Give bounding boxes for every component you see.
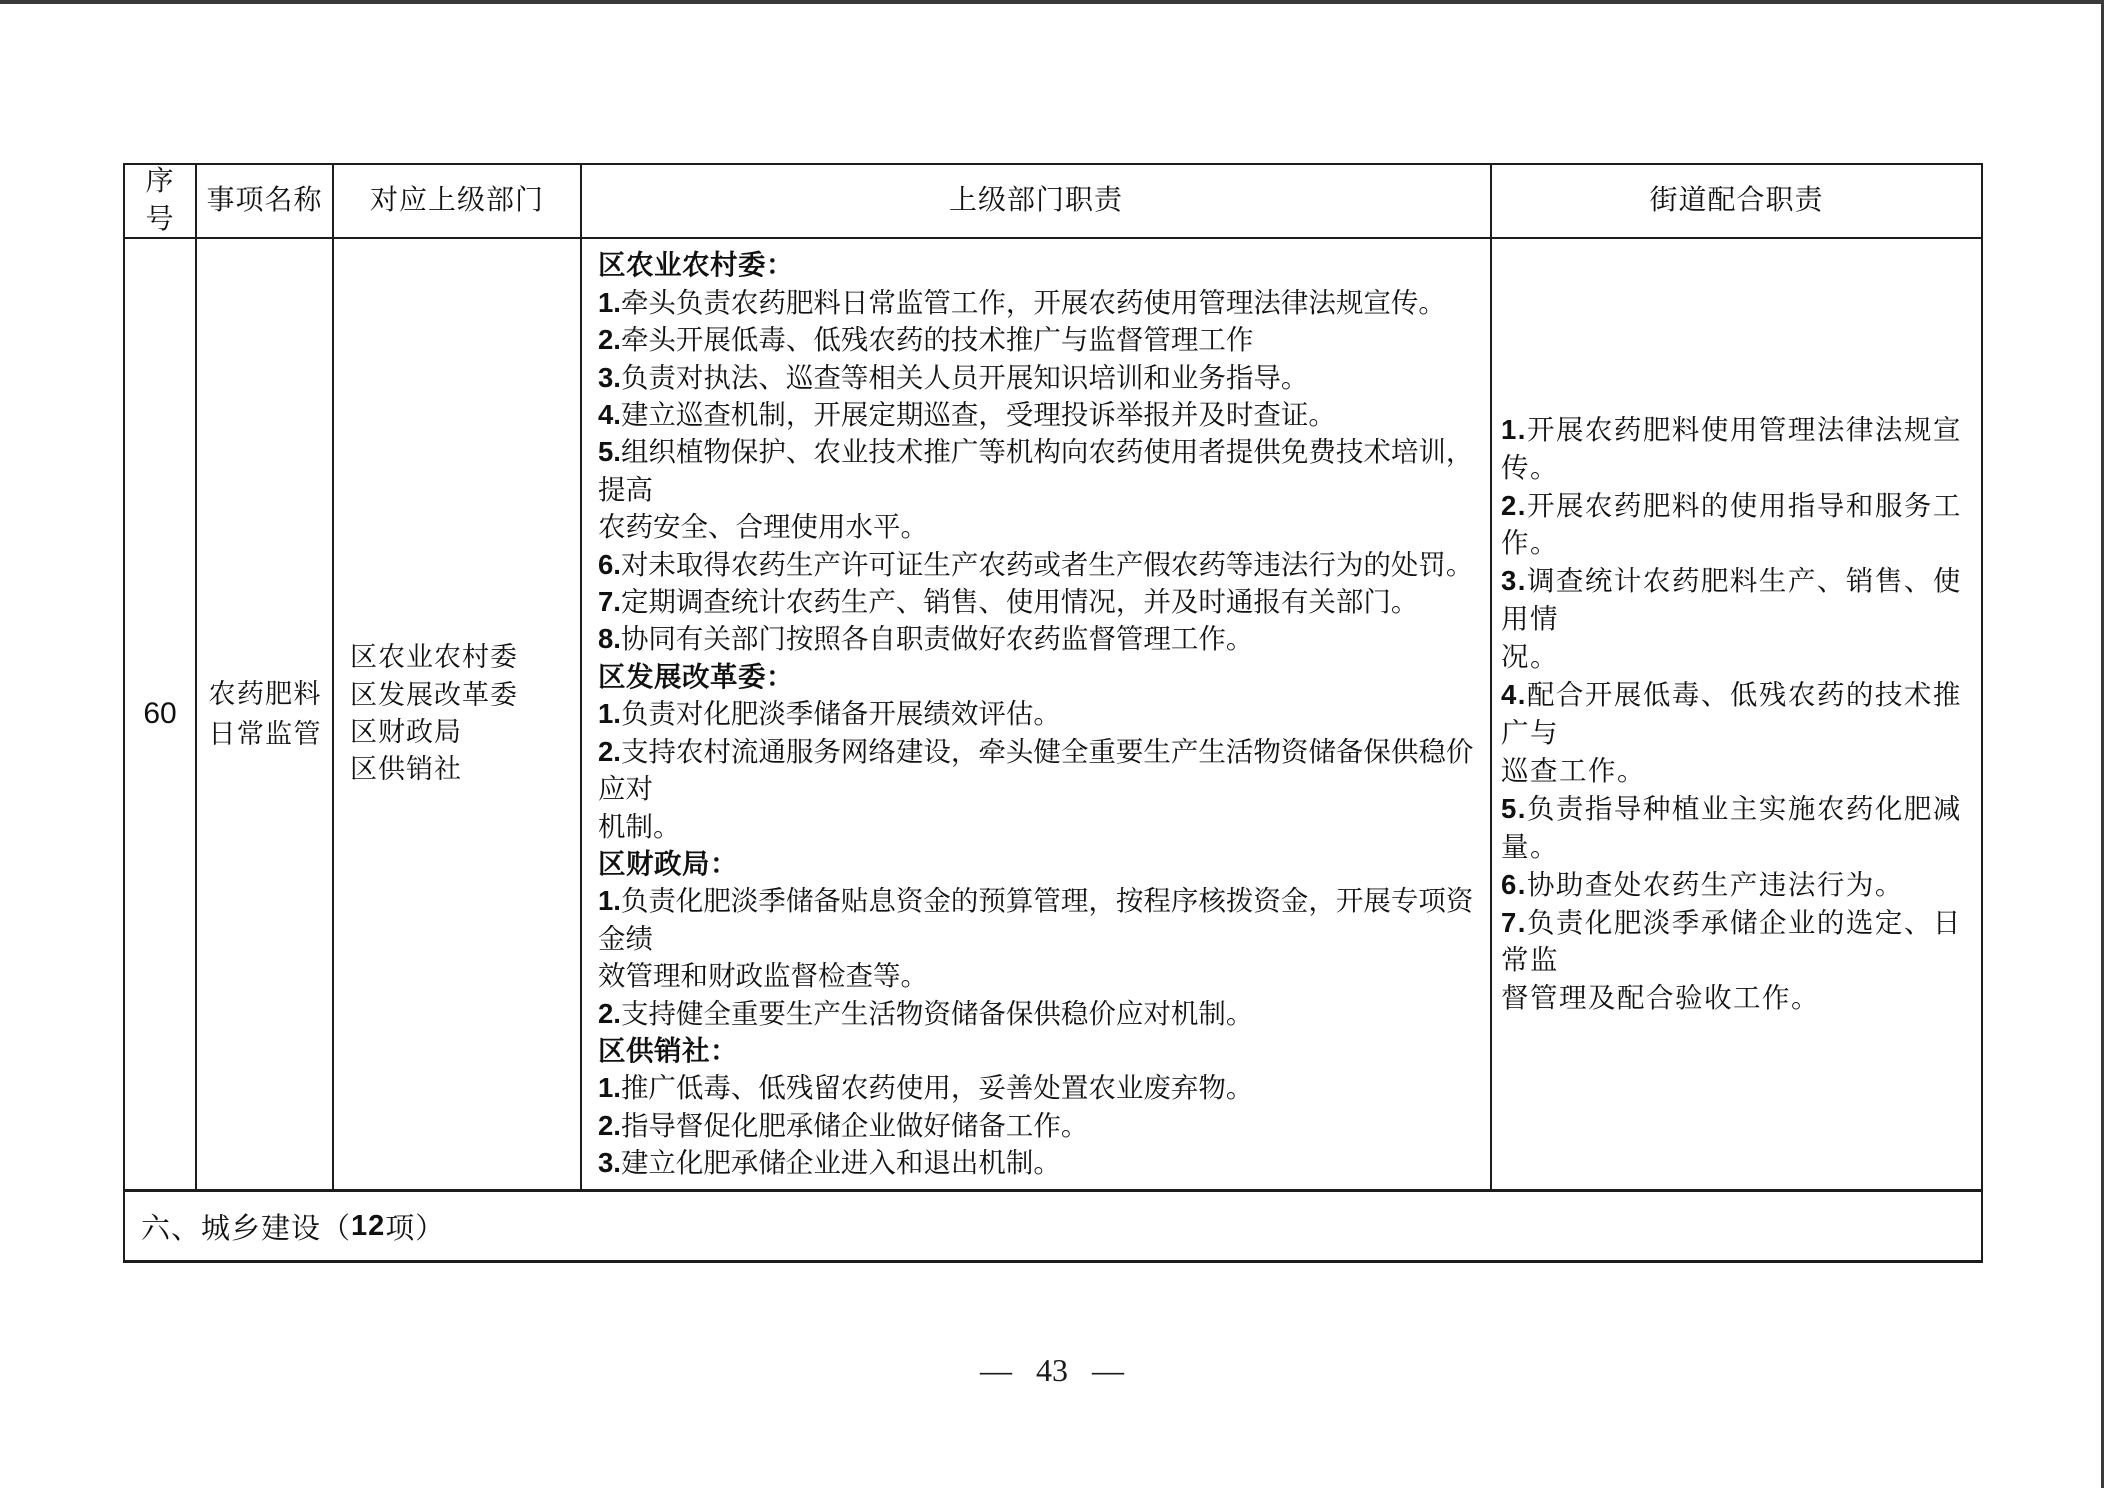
duty-line: 8.协同有关部门按照各自职责做好农药监督管理工作。 (598, 620, 1253, 657)
duty-number: 1. (598, 698, 621, 729)
row-index-number: 60 (143, 697, 176, 731)
duty-line: 3.调查统计农药肥料生产、销售、使用情 况。 (1501, 562, 1975, 676)
duty-number: 7. (598, 586, 621, 617)
duty-line: 3.负责对执法、巡查等相关人员开展知识培训和业务指导。 (598, 359, 1308, 396)
department-duty-heading: 区财政局： (598, 845, 738, 882)
department-duty-heading: 区供销社： (598, 1032, 738, 1069)
duty-line: 1.负责对化肥淡季储备开展绩效评估。 (598, 695, 1061, 732)
duty-number: 6. (1501, 869, 1527, 900)
department-duty-heading: 区农业农村委： (598, 246, 794, 283)
duty-number: 8. (598, 623, 621, 654)
row-item-name-cell: 农药肥料日常监管 (197, 239, 334, 1192)
item-name-line: 日常监管 (209, 714, 321, 754)
duty-line: 1.开展农药肥料使用管理法律法规宣传。 (1501, 411, 1975, 487)
header-department: 对应上级部门 (334, 163, 582, 239)
header-street-duties: 街道配合职责 (1492, 163, 1983, 239)
row-street-duties-cell: 1.开展农药肥料使用管理法律法规宣传。2.开展农药肥料的使用指导和服务工作。3.… (1492, 239, 1983, 1192)
row-index-cell: 60 (123, 239, 197, 1192)
duty-line: 1.推广低毒、低残留农药使用，妥善处置农业废弃物。 (598, 1069, 1253, 1106)
duty-line: 4.建立巡查机制，开展定期巡查，受理投诉举报并及时查证。 (598, 396, 1336, 433)
responsibility-table: 序 号 事项名称 对应上级部门 上级部门职责 街道配合职责 60 农药肥料日常监… (123, 163, 1983, 1263)
duty-line: 7.负责化肥淡季承储企业的选定、日常监 督管理及配合验收工作。 (1501, 904, 1975, 1018)
header-superior-duties: 上级部门职责 (582, 163, 1492, 239)
duty-line: 6.协助查处农药生产违法行为。 (1501, 866, 1904, 904)
duty-line: 6.对未取得农药生产许可证生产农药或者生产假农药等违法行为的处罚。 (598, 546, 1473, 583)
duty-line: 2.支持健全重要生产生活物资储备保供稳价应对机制。 (598, 995, 1253, 1032)
duty-number: 5. (598, 436, 621, 467)
duty-number: 7. (1501, 907, 1527, 938)
duty-number: 2. (598, 324, 621, 355)
row-superior-duties-cell: 区农业农村委：1.牵头负责农药肥料日常监管工作，开展农药使用管理法律法规宣传。2… (582, 239, 1492, 1192)
duty-number: 3. (598, 1147, 621, 1178)
department-name: 区农业农村委 (350, 639, 518, 676)
duty-number: 3. (598, 362, 621, 393)
department-name: 区财政局 (350, 714, 462, 751)
duty-number: 1. (598, 885, 621, 916)
duty-line: 3.建立化肥承储企业进入和退出机制。 (598, 1144, 1061, 1181)
duty-number: 4. (598, 399, 621, 430)
duty-line: 2.支持农村流通服务网络建设，牵头健全重要生产生活物资储备保供稳价应对 机制。 (598, 733, 1478, 845)
header-item-name: 事项名称 (197, 163, 334, 239)
header-index-line2: 号 (145, 201, 174, 239)
department-duty-heading: 区发展改革委： (598, 658, 794, 695)
duty-number: 2. (1501, 490, 1527, 521)
duty-number: 3. (1501, 565, 1527, 596)
row-department-cell: 区农业农村委区发展改革委区财政局区供销社 (334, 239, 582, 1192)
duty-number: 2. (598, 736, 621, 767)
duty-line: 2.指导督促化肥承储企业做好储备工作。 (598, 1107, 1088, 1144)
department-name: 区供销社 (350, 751, 462, 788)
duty-number: 6. (598, 549, 621, 580)
duty-line: 2.牵头开展低毒、低残农药的技术推广与监督管理工作 (598, 321, 1253, 358)
header-index: 序 号 (123, 163, 197, 239)
duty-number: 1. (598, 287, 621, 318)
duty-line: 1.负责化肥淡季储备贴息资金的预算管理，按程序核拨资金，开展专项资金绩 效管理和… (598, 882, 1478, 994)
window-top-edge (0, 0, 2104, 4)
duty-line: 5.组织植物保护、农业技术推广等机构向农药使用者提供免费技术培训，提高 农药安全… (598, 433, 1478, 545)
header-index-line1: 序 (145, 163, 174, 201)
department-name: 区发展改革委 (350, 677, 518, 714)
duty-line: 4.配合开展低毒、低残农药的技术推广与 巡查工作。 (1501, 676, 1975, 790)
section-row-label: 六、城乡建设（12项） (123, 1192, 1983, 1263)
page-number: — 43 — (0, 1352, 2104, 1389)
duty-line: 5.负责指导种植业主实施农药化肥减量。 (1501, 790, 1975, 866)
duty-number: 2. (598, 1110, 621, 1141)
duty-number: 1. (598, 1072, 621, 1103)
duty-number: 2. (598, 998, 621, 1029)
item-name-line: 农药肥料 (209, 674, 321, 714)
duty-number: 5. (1501, 793, 1527, 824)
duty-line: 7.定期调查统计农药生产、销售、使用情况，并及时通报有关部门。 (598, 583, 1418, 620)
duty-line: 2.开展农药肥料的使用指导和服务工作。 (1501, 487, 1975, 563)
duty-number: 1. (1501, 414, 1527, 445)
duty-line: 1.牵头负责农药肥料日常监管工作，开展农药使用管理法律法规宣传。 (598, 284, 1446, 321)
duty-number: 4. (1501, 679, 1527, 710)
